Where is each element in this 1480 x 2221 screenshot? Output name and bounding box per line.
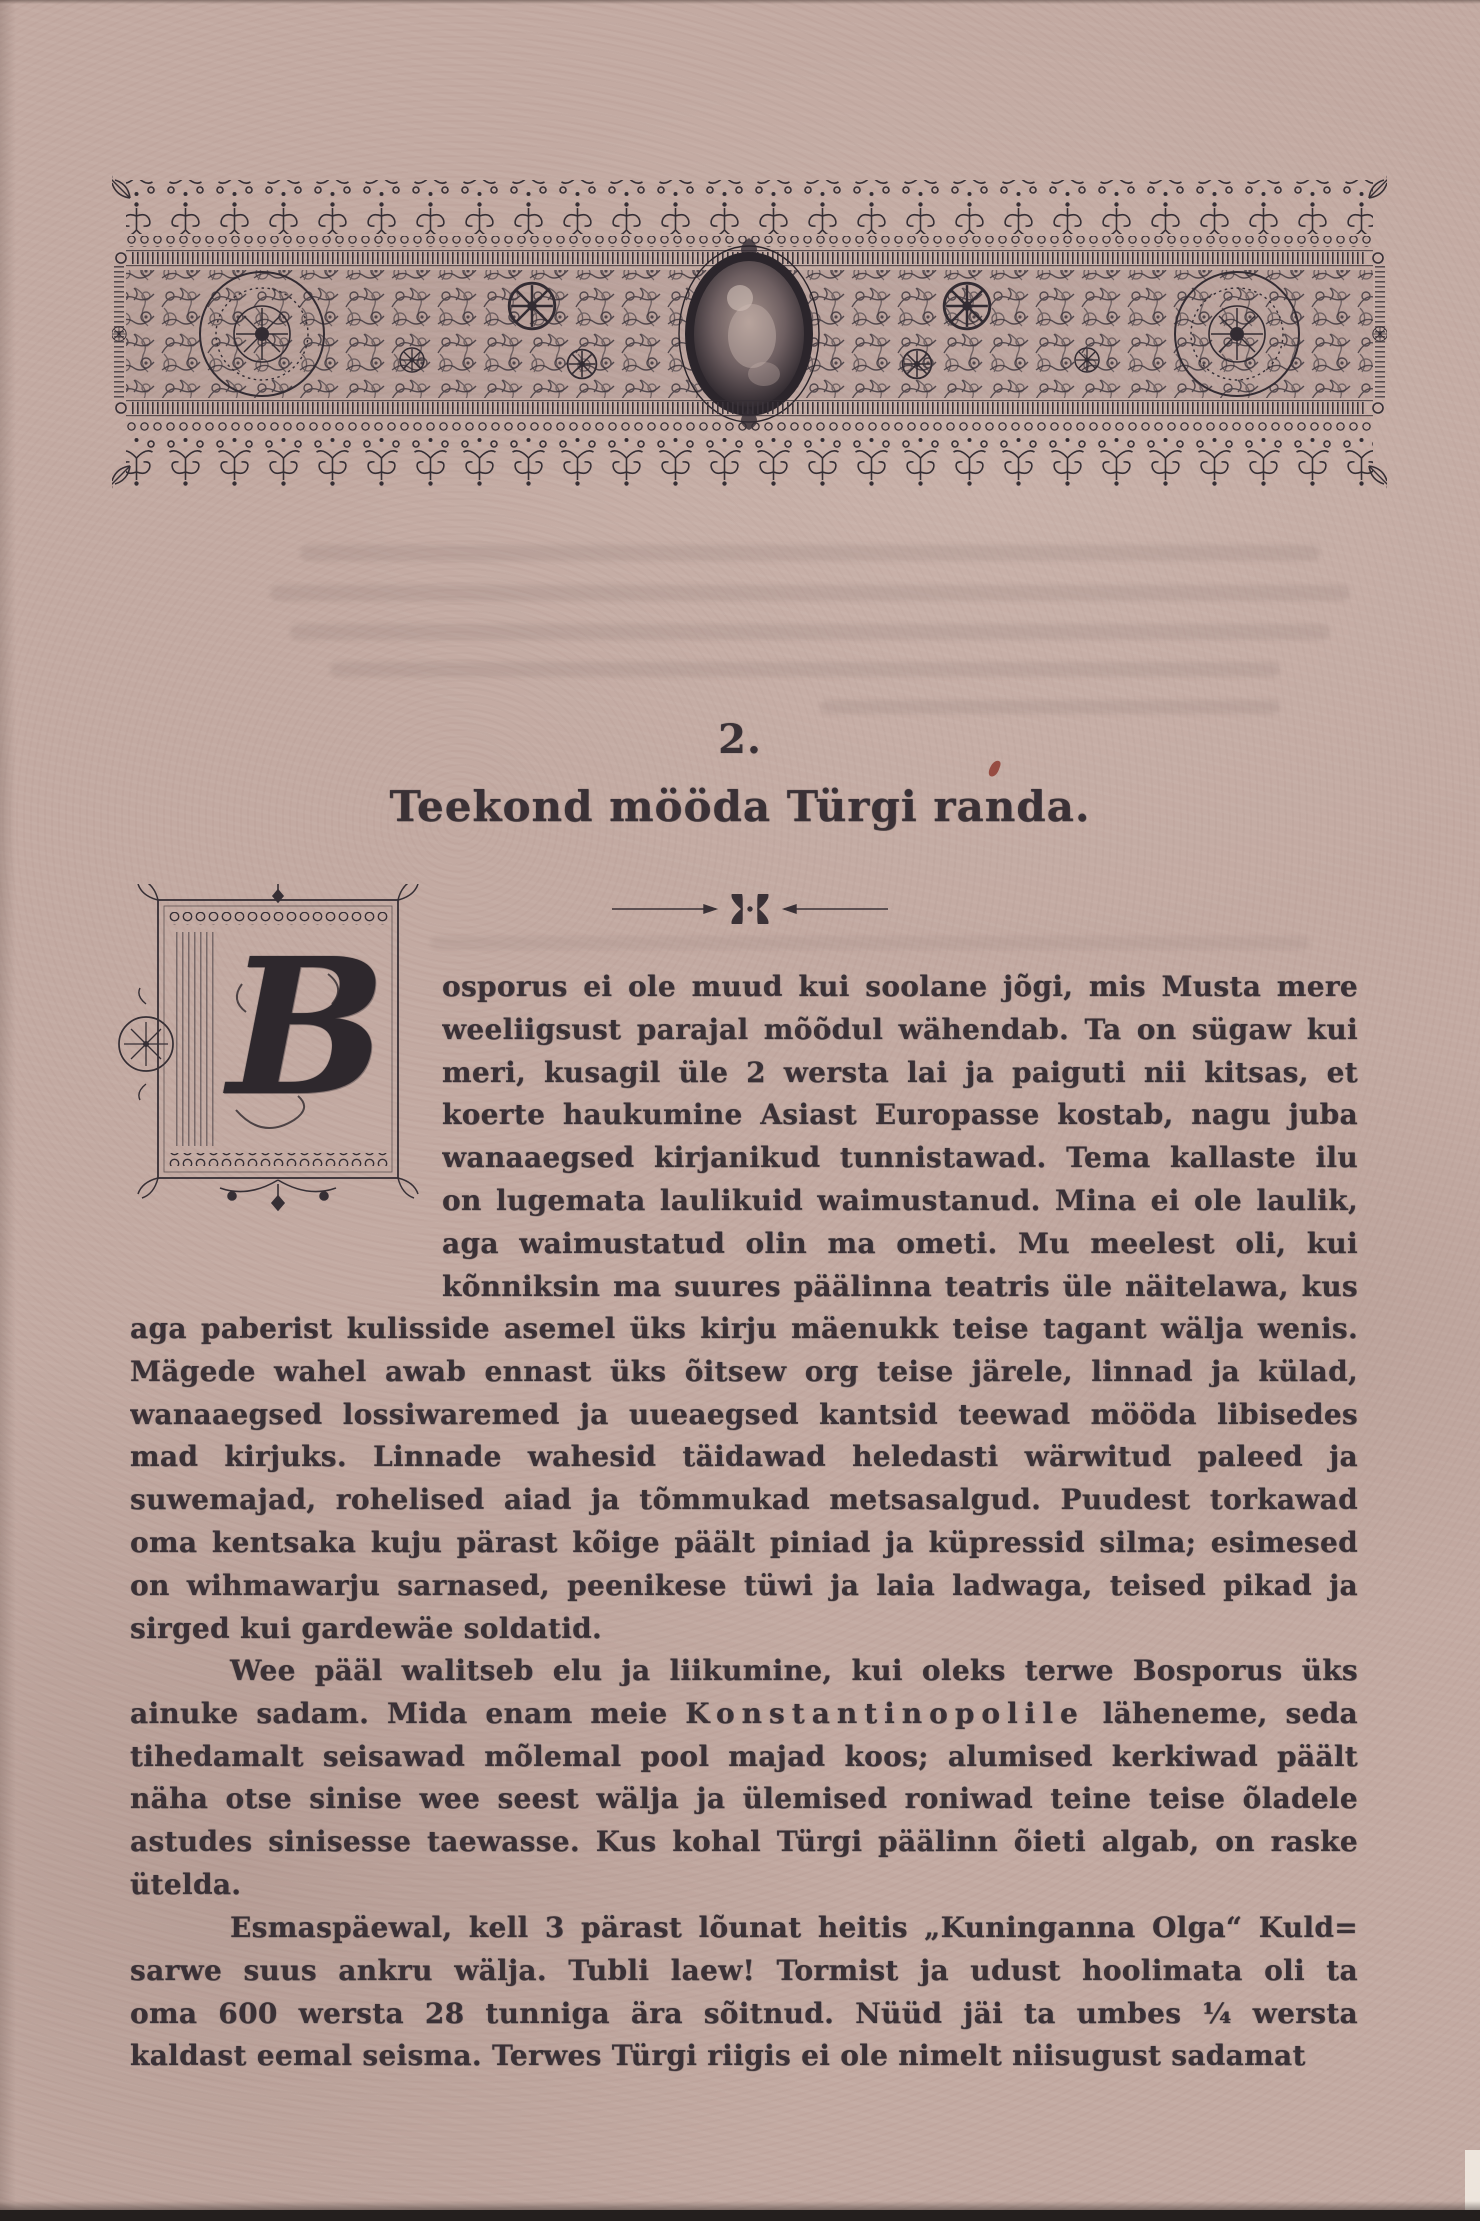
text-line: näha otse sinise wee seest wälja ja ülem…: [130, 1778, 1358, 1821]
frame-corner-top-left: [138, 884, 158, 900]
text-line: koerte haukumine Asiast Europasse kostab…: [442, 1094, 1358, 1137]
text-line: Mägede wahel awab ennast üks õitsew org …: [130, 1351, 1358, 1394]
scan-edge-bottom-fade: [0, 2201, 1480, 2210]
divider-arrow-left: [704, 905, 716, 913]
text-segment: läheneme, seda: [1085, 1697, 1358, 1730]
letterspaced-word: Konstantinopolile: [685, 1697, 1085, 1730]
ornament-fringe-top: [126, 180, 1373, 234]
text-line: sirged kui gardewäe soldatid.: [130, 1608, 1358, 1651]
text-segment: ainuke sadam. Mida enam meie: [130, 1697, 685, 1730]
text-line: suwemajad, rohelised aiad ja tõmmukad me…: [130, 1479, 1358, 1522]
ghost-bleedthrough: [300, 545, 1320, 561]
cherub-medallion: [679, 238, 819, 430]
text-line: aga paberist kulisside asemel üks kirju …: [130, 1308, 1358, 1351]
header-ornament-engraving: [112, 146, 1387, 518]
text-line: kaldast eemal seisma. Terwes Türgi riigi…: [130, 2035, 1358, 2078]
ornament-rule-bottom: [132, 402, 1367, 414]
text-line: wanaaegsed kirjanikud tunnistawad. Tema …: [442, 1137, 1358, 1180]
ornament-side-rosette-left: [112, 327, 126, 341]
text-line: mad kirjuks. Linnade wahesid täidawad he…: [130, 1436, 1358, 1479]
paragraph-2: Wee pääl walitseb elu ja liikumine, kui …: [130, 1650, 1358, 1907]
frame-corner-top-right: [398, 884, 418, 900]
title-divider: [612, 894, 888, 924]
ornament-rosette-left: [509, 283, 555, 329]
ghost-bleedthrough: [270, 585, 1350, 601]
text-line: wanaaegsed lossiwaremed ja uueaegsed kan…: [130, 1394, 1358, 1437]
ghost-bleedthrough: [290, 624, 1330, 640]
ornament-side-rosette-right: [1373, 327, 1387, 341]
text-line: meri, kusagil üle 2 wersta lai ja paigut…: [442, 1052, 1358, 1095]
text-line: aga waimustatud olin ma ometi. Mu meeles…: [442, 1223, 1358, 1266]
paragraph-3: Esmaspäewal, kell 3 pärast lõunat heitis…: [130, 1907, 1358, 2078]
text-line: on wihmawarju sarnased, peenikese tüwi j…: [130, 1565, 1358, 1608]
frame-rosette: [119, 988, 173, 1100]
frame-corner-bottom-left: [138, 1178, 158, 1198]
scanned-book-page: 2. Teekond mööda Türgi randa.: [0, 0, 1480, 2221]
frame-corner-bottom-right: [398, 1178, 418, 1198]
ghost-bleedthrough: [820, 700, 1280, 714]
scan-edge-left: [0, 0, 16, 2221]
text-line: osporus ei ole muud kui soolane jõgi, mi…: [442, 966, 1358, 1009]
drop-cap-block: B: [116, 884, 432, 1256]
page-title: Teekond mööda Türgi randa.: [0, 782, 1480, 831]
paragraph-1-indented: osporus ei ole muud kui soolane jõgi, mi…: [442, 966, 1358, 1308]
text-line: ütelda.: [130, 1864, 1358, 1907]
chapter-number: 2.: [0, 716, 1480, 763]
text-line: kõnniksin ma suures päälinna teatris üle…: [442, 1266, 1358, 1309]
text-line: oma 600 wersta 28 tunniga ära sõitnud. N…: [130, 1993, 1358, 2036]
ornament-rosette-right: [944, 283, 990, 329]
text-line: Wee pääl walitseb elu ja liikumine, kui …: [130, 1650, 1358, 1693]
text-line: astudes sinisesse taewasse. Kus kohal Tü…: [130, 1821, 1358, 1864]
divider-arrow-right: [784, 905, 796, 913]
text-line: ainuke sadam. Mida enam meie Konstantino…: [130, 1693, 1358, 1736]
text-line: sarwe suus ankru wälja. Tubli laew! Torm…: [130, 1950, 1358, 1993]
text-line: weeliigsust parajal mõõdul wähendab. Ta …: [442, 1009, 1358, 1052]
ghost-bleedthrough: [330, 662, 1280, 677]
drop-cap-letter: B: [212, 920, 402, 1150]
bead-border-bottom: [168, 1153, 388, 1166]
text-line: on lugemata laulikuid waimustanud. Mina …: [442, 1180, 1358, 1223]
text-line: oma kentsaka kuju pärast kõige päält pin…: [130, 1522, 1358, 1565]
header-ornament-band: [112, 146, 1387, 518]
text-line: Esmaspäewal, kell 3 pärast lõunat heitis…: [130, 1907, 1358, 1950]
text-line: tihedamalt seisawad mõlemal pool majad k…: [130, 1736, 1358, 1779]
paragraph-1-full: aga paberist kulisside asemel üks kirju …: [130, 1308, 1358, 1650]
ornament-fringe-bottom: [126, 434, 1373, 488]
frame-bottom-flourish: [220, 1180, 336, 1210]
scan-edge-top: [0, 0, 1480, 4]
ghost-bleedthrough: [430, 936, 1310, 950]
scan-edge-bottom: [0, 2210, 1480, 2221]
